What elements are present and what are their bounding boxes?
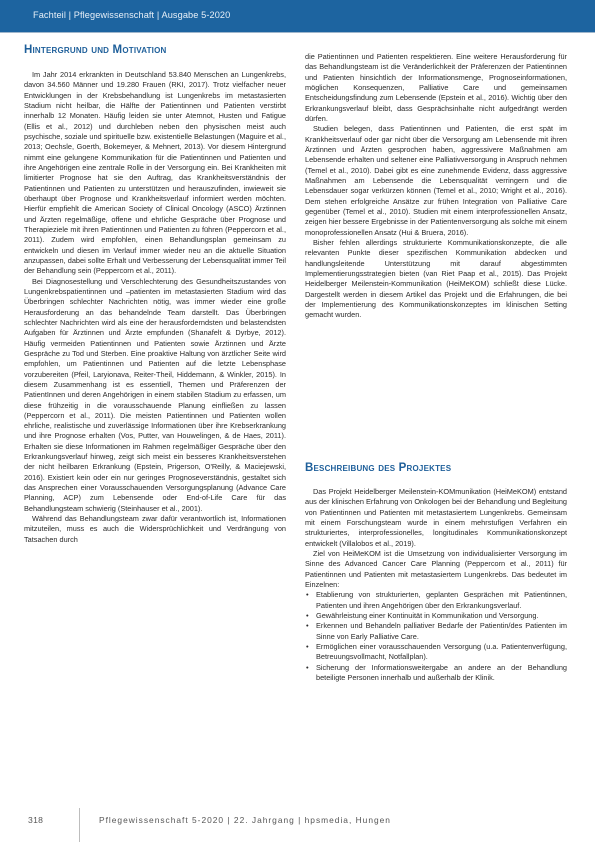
left-body: Im Jahr 2014 erkrankten in Deutschland 5… [24, 70, 286, 545]
page-number: 318 [28, 815, 43, 825]
bullet-item: Sicherung der Informationsweitergabe an … [305, 663, 567, 684]
bullet-item: Erkennen und Behandeln palliativer Bedar… [305, 621, 567, 642]
paragraph: die Patientinnen und Patienten respektie… [305, 52, 567, 124]
running-header-bar: Fachteil | Pflegewissenschaft | Ausgabe … [0, 0, 595, 33]
paragraph: Bei Diagnosestellung und Verschlechterun… [24, 277, 286, 515]
bullet-item: Ermöglichen einer vorausschauenden Verso… [305, 642, 567, 663]
paragraph: Das Projekt Heidelberger Meilenstein-KOM… [305, 487, 567, 549]
goals-bullet-list: Etablierung von strukturierten, geplante… [305, 590, 567, 683]
running-head: Fachteil | Pflegewissenschaft | Ausgabe … [33, 10, 230, 20]
paragraph: Im Jahr 2014 erkrankten in Deutschland 5… [24, 70, 286, 277]
right-body-top: die Patientinnen und Patienten respektie… [305, 52, 567, 321]
paragraph: Während das Behandlungsteam zwar dafür v… [24, 514, 286, 545]
section-title-hintergrund: Hintergrund und Motivation [24, 44, 167, 56]
footer-divider [79, 808, 80, 842]
right-body-bottom: Das Projekt Heidelberger Meilenstein-KOM… [305, 487, 567, 683]
bullet-item: Etablierung von strukturierten, geplante… [305, 590, 567, 611]
paragraph: Studien belegen, dass Patientinnen und P… [305, 124, 567, 238]
section-title-beschreibung: Beschreibung des Projektes [305, 462, 451, 474]
paragraph: Bisher fehlen allerdings strukturierte K… [305, 238, 567, 321]
paragraph: Ziel von HeiMeKOM ist die Umsetzung von … [305, 549, 567, 590]
footer-citation: Pflegewissenschaft 5-2020 | 22. Jahrgang… [99, 815, 391, 825]
bullet-item: Gewährleistung einer Kontinuität in Komm… [305, 611, 567, 621]
